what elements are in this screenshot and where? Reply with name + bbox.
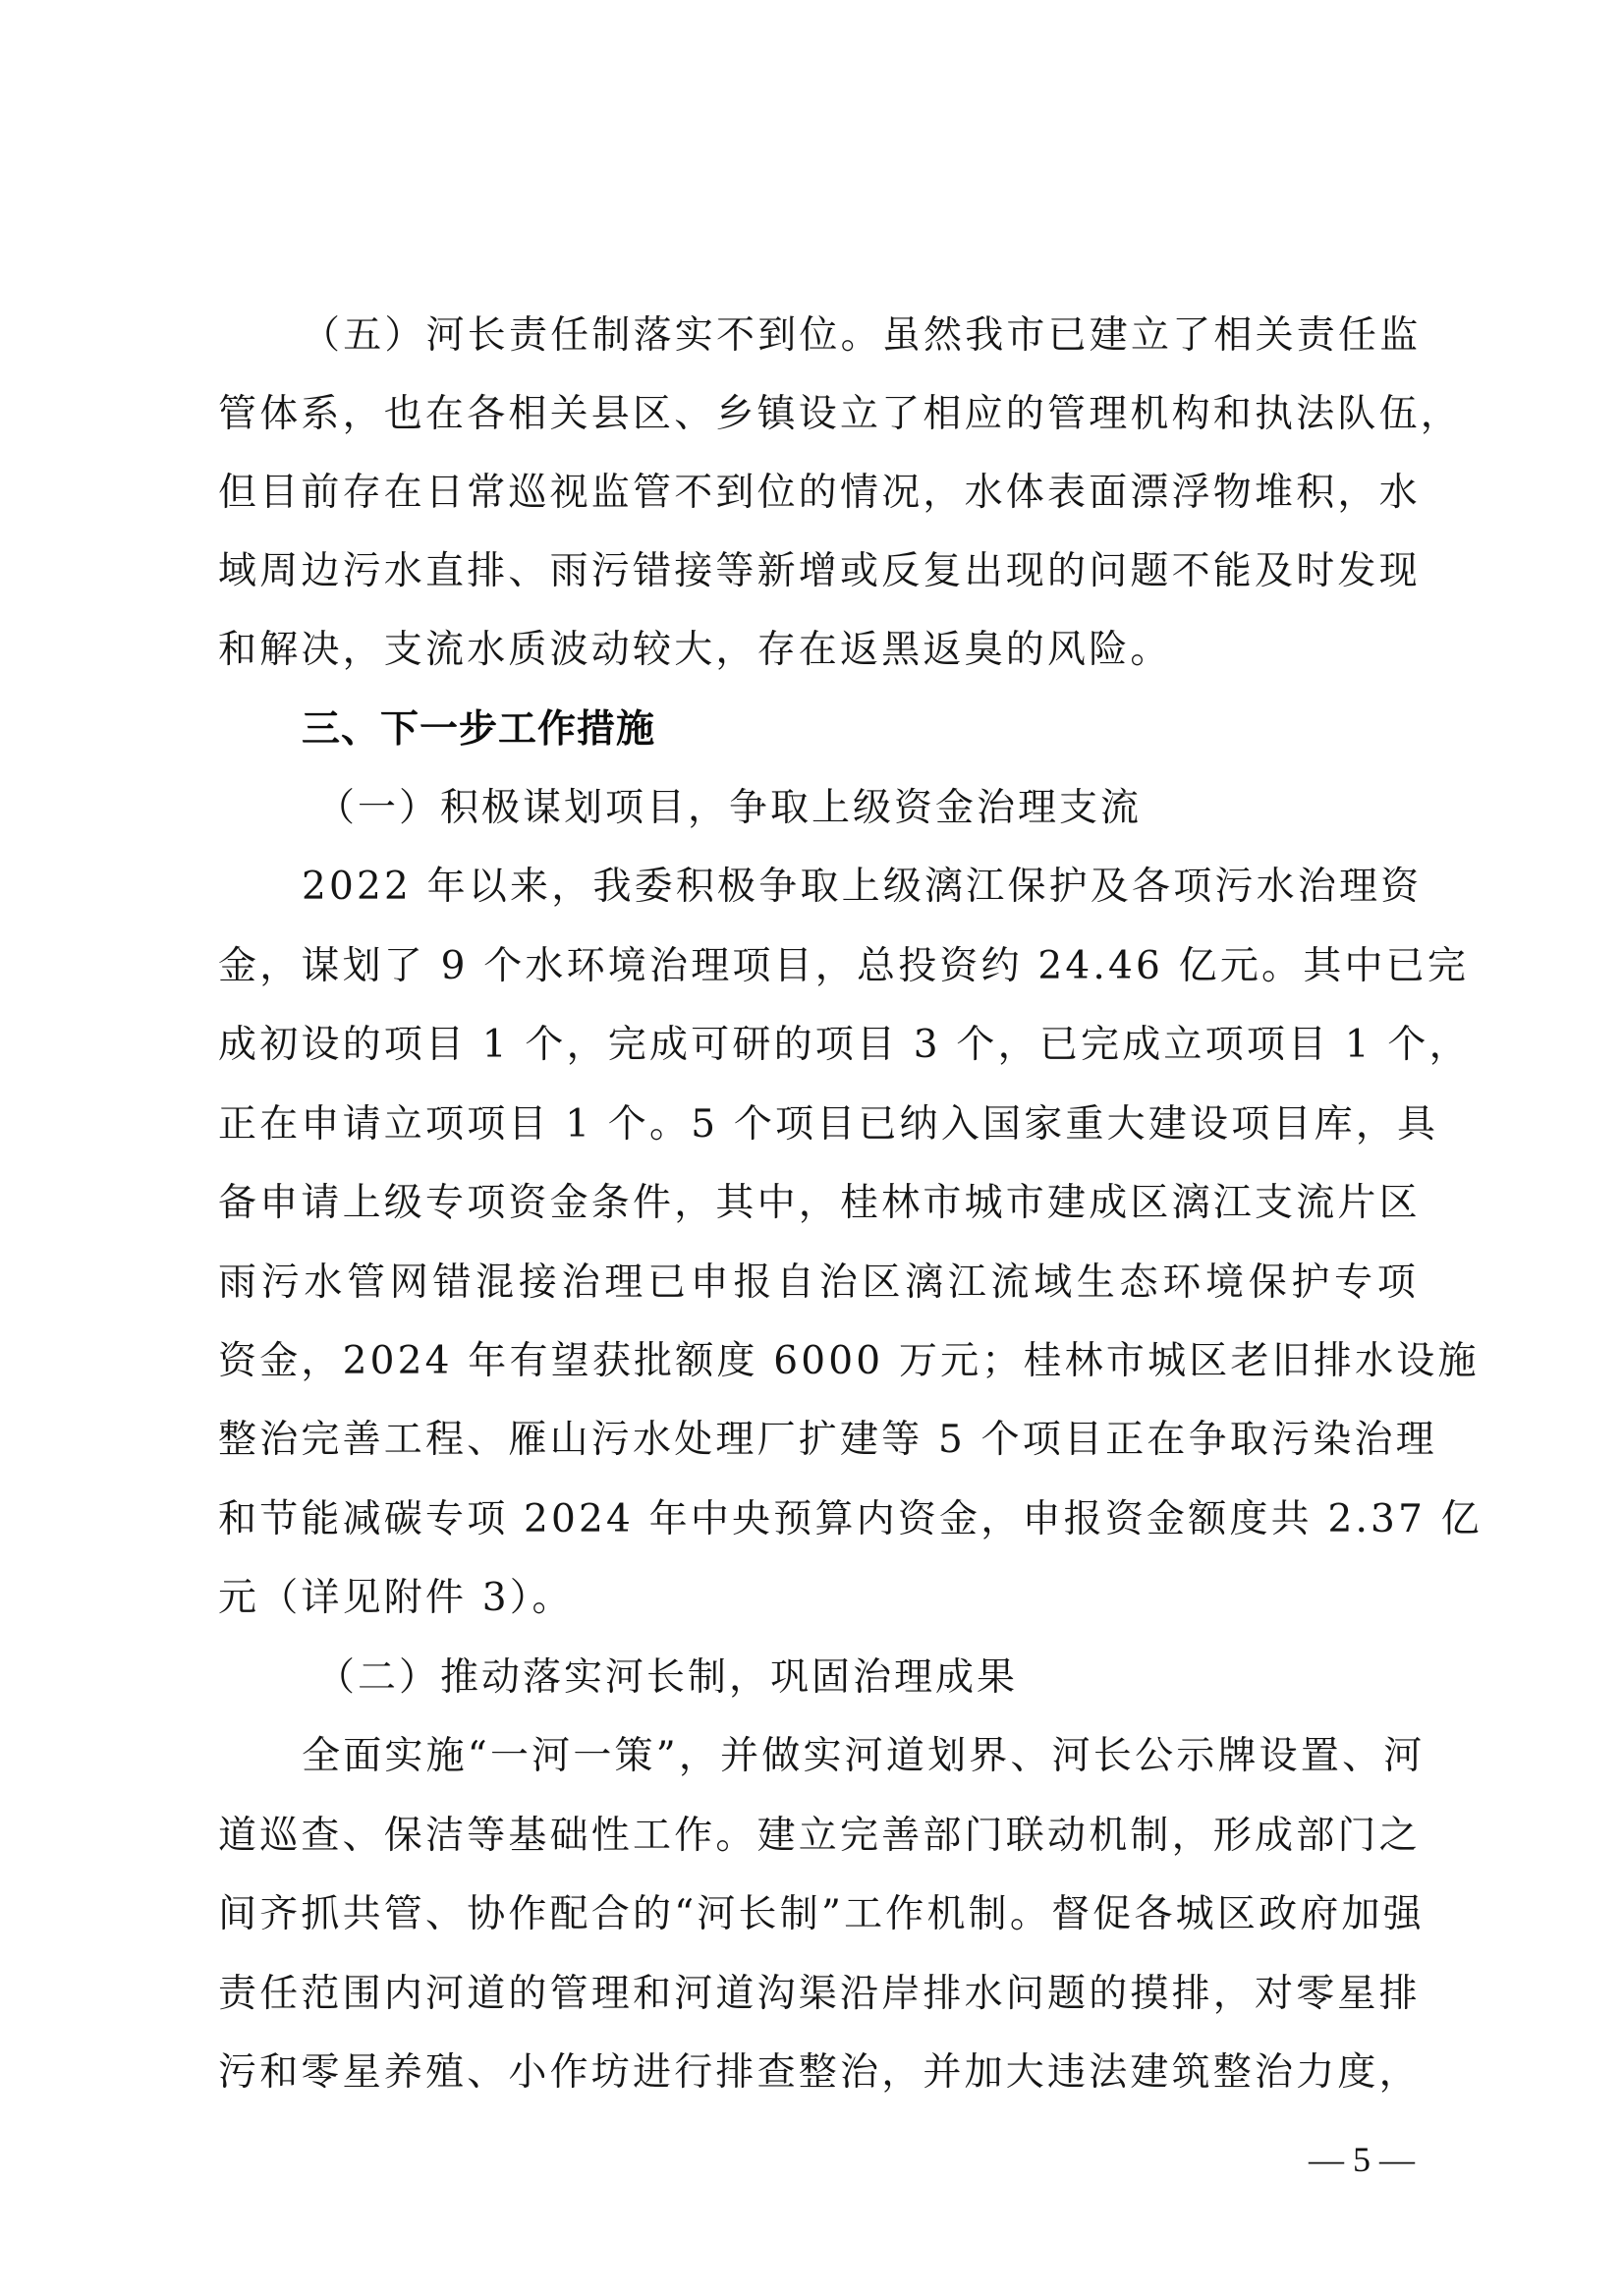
body-line: 资金，2024 年有望获批额度 6000 万元；桂林市城区老旧排水设施 (218, 1322, 1419, 1401)
body-line: 2022 年以来，我委积极争取上级漓江保护及各项污水治理资 (302, 848, 1419, 926)
body-line: 管体系，也在各相关县区、乡镇设立了相应的管理机构和执法队伍， (218, 375, 1419, 454)
body-line: 金，谋划了 9 个水环境治理项目，总投资约 24.46 亿元。其中已完 (218, 927, 1419, 1006)
subheading: （二）推动落实河长制，巩固治理成果 (316, 1639, 1018, 1717)
body-line: 道巡查、保洁等基础性工作。建立完善部门联动机制，形成部门之 (218, 1797, 1419, 1876)
body-line: 域周边污水直排、雨污错接等新增或反复出现的问题不能及时发现 (218, 532, 1419, 611)
section-heading: 三、下一步工作措施 (302, 691, 655, 769)
body-line: 正在申请立项项目 1 个。5 个项目已纳入国家重大建设项目库，具 (218, 1086, 1419, 1164)
body-line: 整治完善工程、雁山污水处理厂扩建等 5 个项目正在争取污染治理 (218, 1401, 1419, 1480)
document-page: （五）河长责任制落实不到位。虽然我市已建立了相关责任监 管体系，也在各相关县区、… (0, 0, 1623, 2296)
body-line: 全面实施“一河一策”，并做实河道划界、河长公示牌设置、河 (302, 1717, 1419, 1796)
body-line: 和解决，支流水质波动较大，存在返黑返臭的风险。 (218, 611, 1419, 690)
page-number: — 5 — (1303, 2138, 1421, 2181)
body-line: 和节能减碳专项 2024 年中央预算内资金，申报资金额度共 2.37 亿 (218, 1481, 1419, 1559)
body-line: 间齐抓共管、协作配合的“河长制”工作机制。督促各城区政府加强 (218, 1876, 1419, 1954)
body-line: 但目前存在日常巡视监管不到位的情况，水体表面漂浮物堆积，水 (218, 454, 1419, 532)
body-line: 污和零星养殖、小作坊进行排查整治，并加大违法建筑整治力度， (218, 2034, 1419, 2112)
body-line: 责任范围内河道的管理和河道沟渠沿岸排水问题的摸排，对零星排 (218, 1955, 1419, 2034)
body-line: 元（详见附件 3）。 (218, 1559, 1419, 1638)
body-line: 成初设的项目 1 个，完成可研的项目 3 个，已完成立项项目 1 个， (218, 1006, 1419, 1085)
body-line: 备申请上级专项资金条件，其中，桂林市城市建成区漓江支流片区 (218, 1164, 1419, 1243)
subheading: （一）积极谋划项目，争取上级资金治理支流 (316, 769, 1142, 848)
body-line: （五）河长责任制落实不到位。虽然我市已建立了相关责任监 (302, 297, 1419, 375)
body-line: 雨污水管网错混接治理已申报自治区漓江流域生态环境保护专项 (218, 1244, 1419, 1322)
